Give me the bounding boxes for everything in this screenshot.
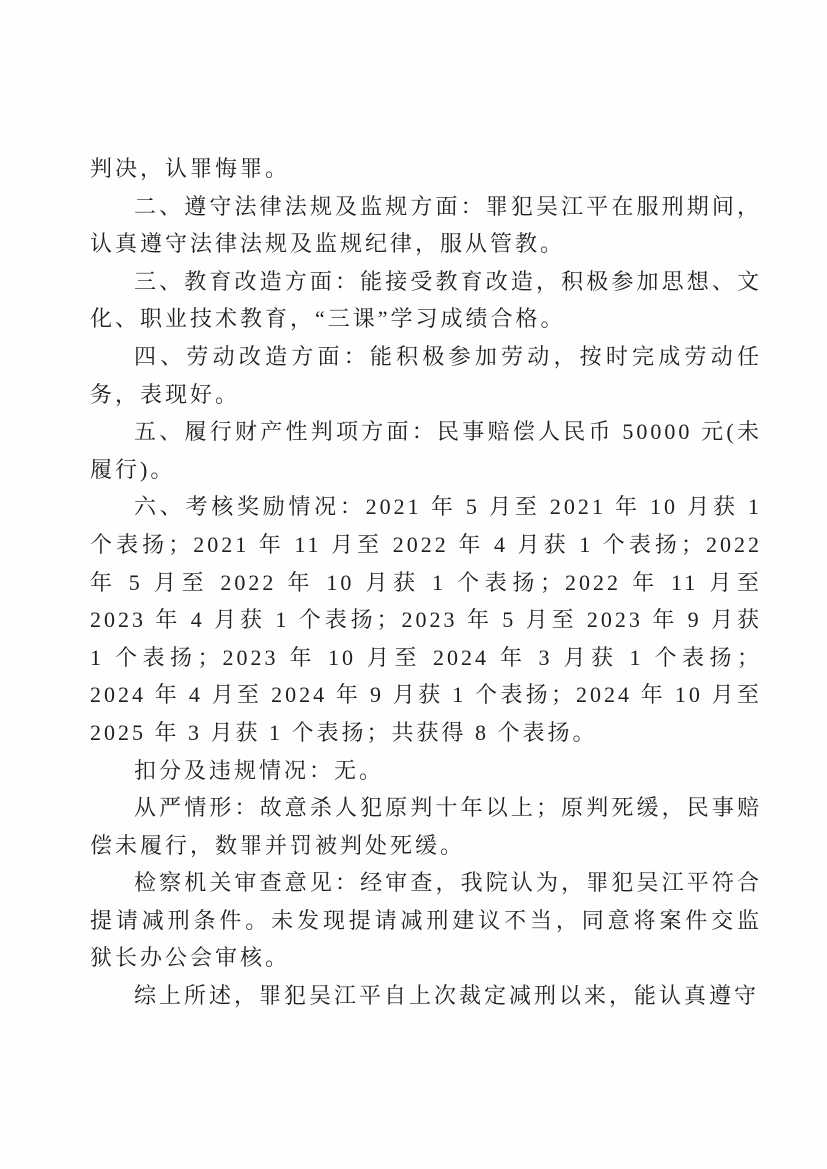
paragraph-deductions-violations: 扣分及违规情况：无。: [90, 752, 762, 790]
paragraph-section-3-education-reform: 三、教育改造方面：能接受教育改造，积极参加思想、文化、职业技术教育，“三课”学习…: [90, 263, 762, 338]
paragraph-section-4-labor-reform: 四、劳动改造方面：能积极参加劳动，按时完成劳动任务，表现好。: [90, 338, 762, 413]
paragraph-section-6-assessment-rewards: 六、考核奖励情况：2021 年 5 月至 2021 年 10 月获 1 个表扬；…: [90, 488, 762, 751]
paragraph-conclusion: 综上所述，罪犯吴江平自上次裁定减刑以来，能认真遵守: [90, 977, 762, 1015]
paragraph-continuation: 判决，认罪悔罪。: [90, 150, 762, 188]
paragraph-section-2-law-compliance: 二、遵守法律法规及监规方面：罪犯吴江平在服刑期间，认真遵守法律法规及监规纪律，服…: [90, 188, 762, 263]
document-page: 判决，认罪悔罪。 二、遵守法律法规及监规方面：罪犯吴江平在服刑期间，认真遵守法律…: [0, 0, 827, 1169]
paragraph-strict-circumstances: 从严情形：故意杀人犯原判十年以上；原判死缓，民事赔偿未履行，数罪并罚被判处死缓。: [90, 789, 762, 864]
document-body: 判决，认罪悔罪。 二、遵守法律法规及监规方面：罪犯吴江平在服刑期间，认真遵守法律…: [90, 150, 762, 1015]
paragraph-procuratorate-opinion: 检察机关审查意见：经审查，我院认为，罪犯吴江平符合提请减刑条件。未发现提请减刑建…: [90, 864, 762, 977]
paragraph-section-5-property-judgment: 五、履行财产性判项方面：民事赔偿人民币 50000 元(未履行)。: [90, 413, 762, 488]
